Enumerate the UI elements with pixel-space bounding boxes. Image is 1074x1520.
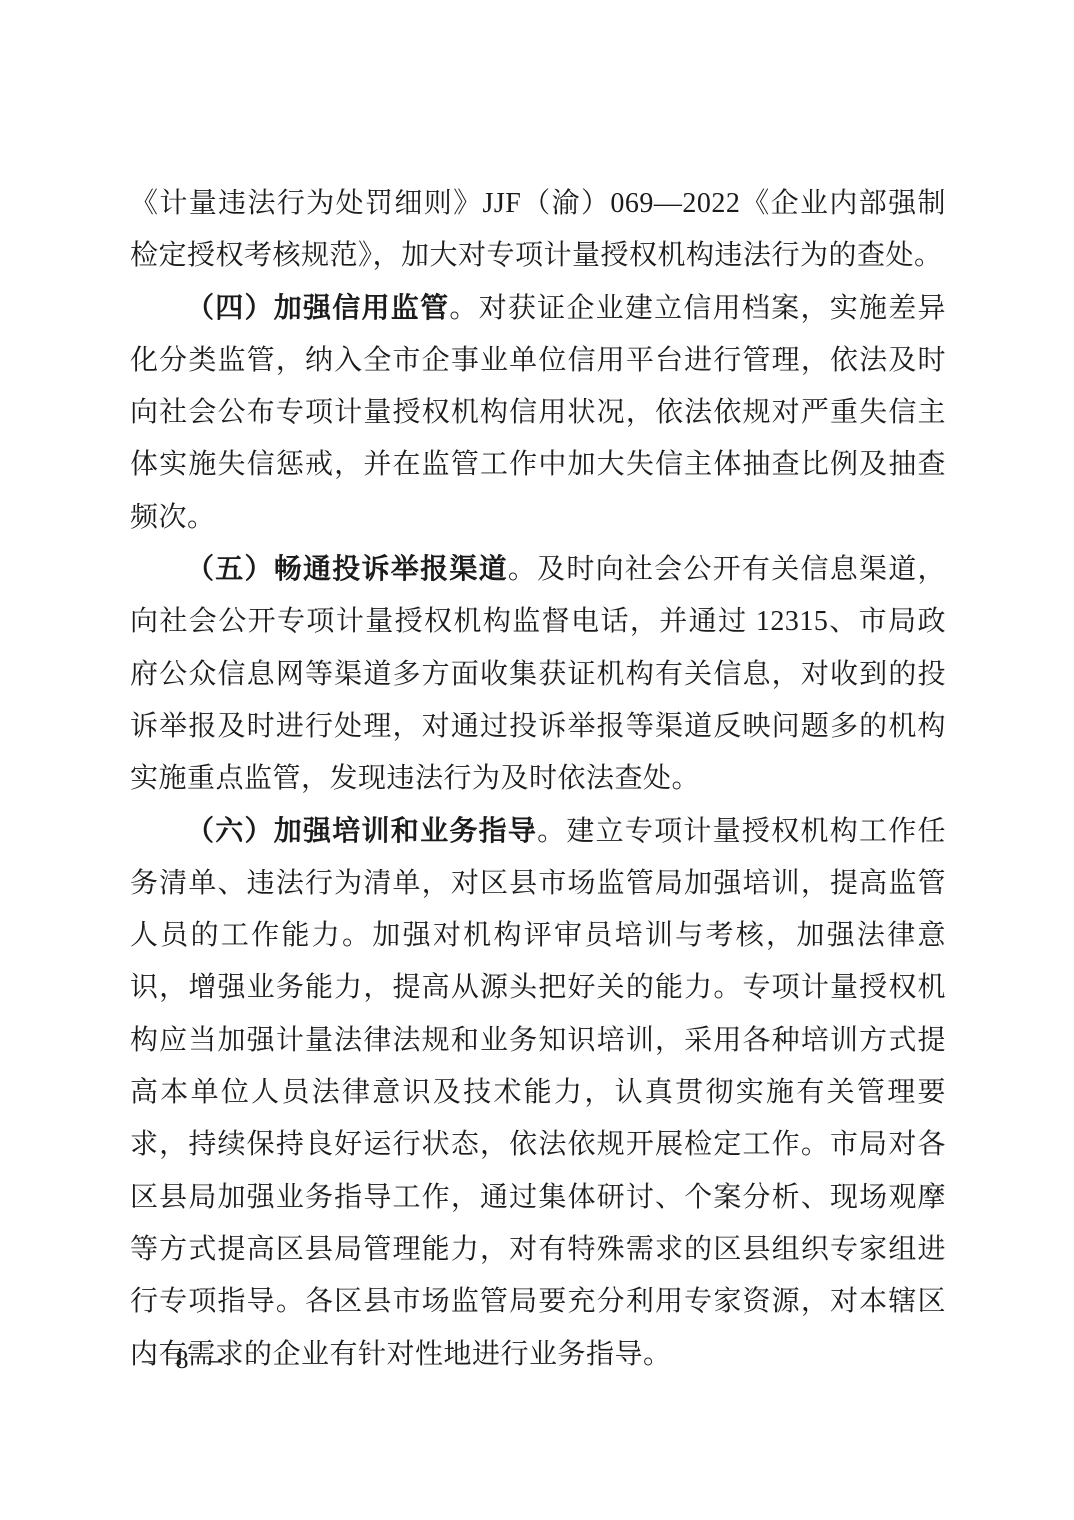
heading-run: （六）加强培训和业务指导 <box>186 816 537 847</box>
heading-run: （四）加强信用监管 <box>186 293 449 324</box>
paragraph: 《计量违法行为处罚细则》JJF（渝）069—2022《企业内部强制检定授权考核规… <box>130 178 946 283</box>
paragraph: （五）畅通投诉举报渠道。及时向社会公开有关信息渠道，向社会公开专项计量授权机构监… <box>130 544 946 805</box>
text-run: 。及时向社会公开有关信息渠道，向社会公开专项计量授权机构监督电话，并通过 123… <box>130 554 946 794</box>
text-run: 。对获证企业建立信用档案，实施差异化分类监管，纳入全市企事业单位信用平台进行管理… <box>130 293 946 533</box>
document-page: 《计量违法行为处罚细则》JJF（渝）069—2022《企业内部强制检定授权考核规… <box>0 0 1074 1520</box>
text-run: 。建立专项计量授权机构工作任务清单、违法行为清单，对区县市场监管局加强培训，提高… <box>130 816 946 1370</box>
text-block: 《计量违法行为处罚细则》JJF（渝）069—2022《企业内部强制检定授权考核规… <box>130 178 946 1381</box>
text-run: 《计量违法行为处罚细则》JJF（渝）069—2022《企业内部强制检定授权考核规… <box>130 188 946 271</box>
page-number: – 8 – <box>142 1340 229 1380</box>
heading-run: （五）畅通投诉举报渠道 <box>186 554 508 585</box>
paragraph: （六）加强培训和业务指导。建立专项计量授权机构工作任务清单、违法行为清单，对区县… <box>130 806 946 1381</box>
paragraph: （四）加强信用监管。对获证企业建立信用档案，实施差异化分类监管，纳入全市企事业单… <box>130 283 946 544</box>
